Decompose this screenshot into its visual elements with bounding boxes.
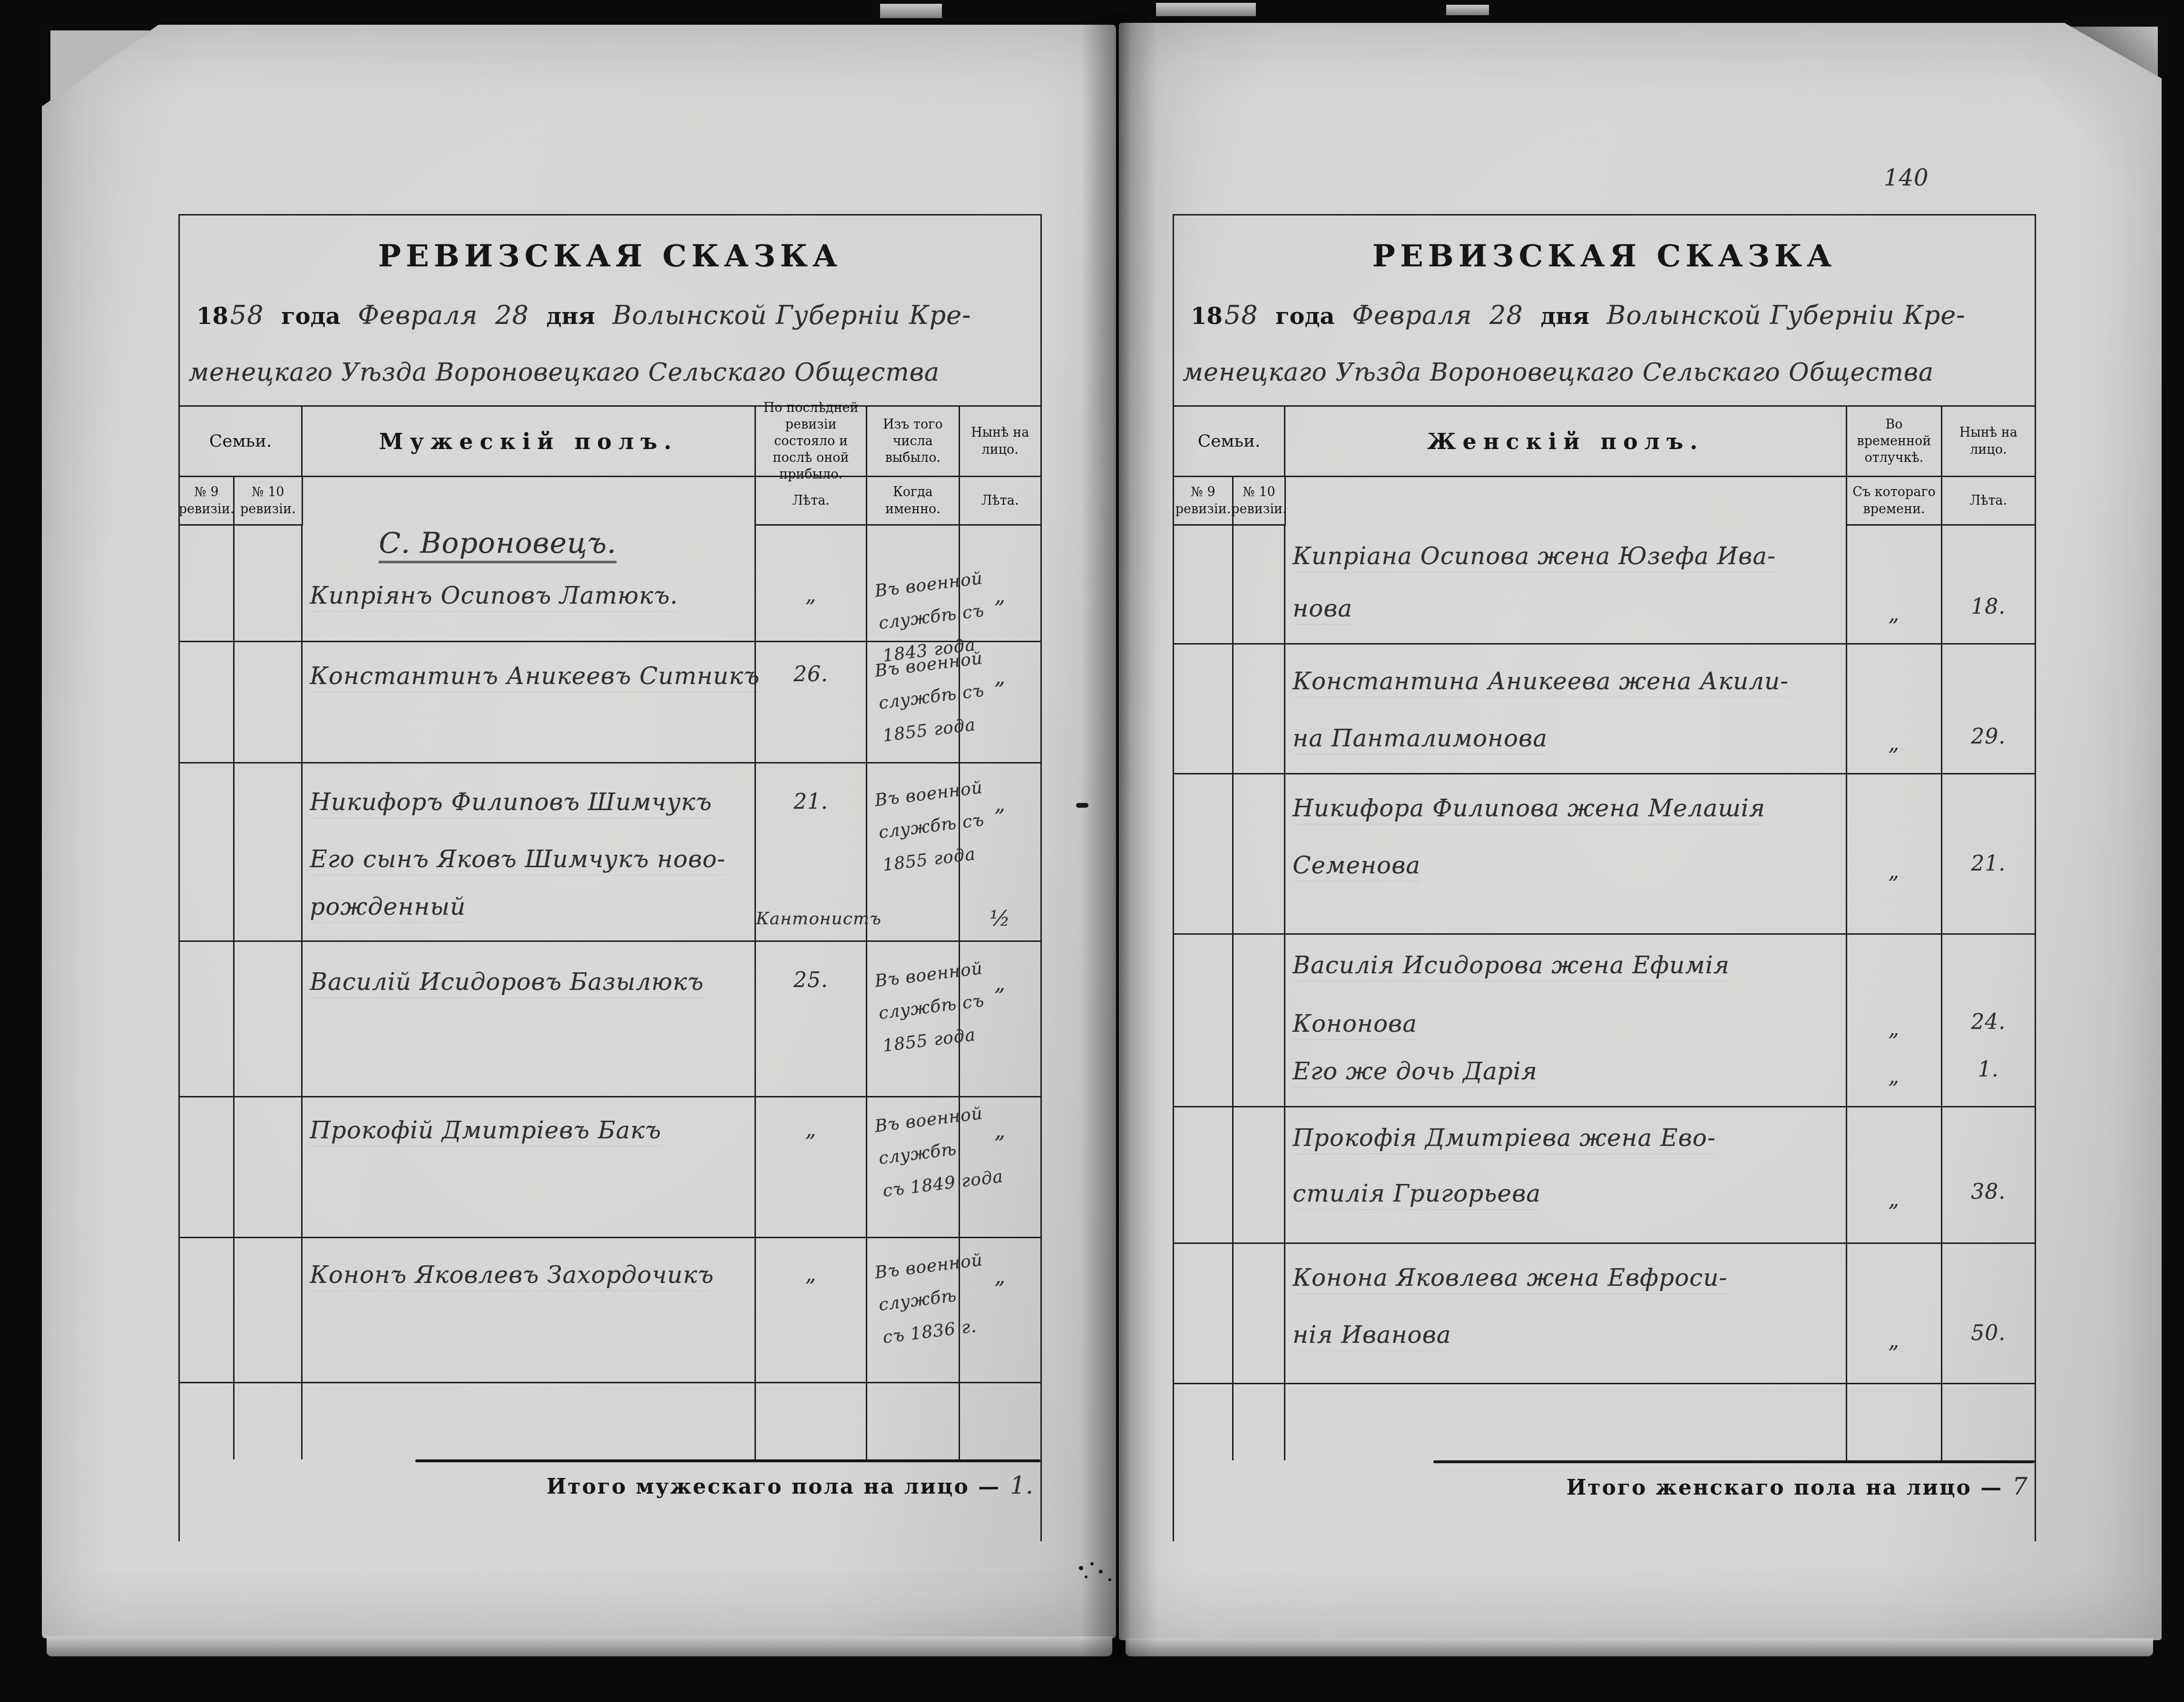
table-row: Константинъ Аникеевъ Ситникъ 26. Въ воен… xyxy=(180,642,1040,763)
female-name-cont: Кононова xyxy=(1293,1010,1417,1037)
cell-rev10 xyxy=(235,642,303,762)
cell-when-departed: Въ военнойслужбѣсъ 1836 г. xyxy=(867,1238,960,1382)
right-doc-title: РЕВИЗСКАЯ СКАЗКА xyxy=(1174,238,2035,274)
right-header-row: Семьи. Женскій полъ. Во временной отлучк… xyxy=(1174,407,2035,477)
cell-age-now: „ xyxy=(960,1238,1040,1382)
cell-age-now: „ xyxy=(960,526,1040,641)
ditto-daughter: „ xyxy=(1847,1064,1940,1088)
total-females-value: 7 xyxy=(2012,1473,2028,1500)
cell-rev9 xyxy=(1174,1244,1234,1383)
cell-rev9 xyxy=(180,1238,235,1382)
right-date-line: 1858 года Февраля 28 дня Волынской Губер… xyxy=(1191,300,1976,330)
right-subheader-row: № 9 ревизіи. № 10 ревизіи. Съ котораго в… xyxy=(1174,477,2035,526)
left-title-block: РЕВИЗСКАЯ СКАЗКА 1858 года Февраля 28 дн… xyxy=(180,215,1040,407)
cell-rev9 xyxy=(1174,1384,1234,1460)
cell-rev9 xyxy=(180,1097,235,1237)
cell-age-now: „ xyxy=(960,942,1040,1096)
header-now-present: Нынѣ на лицо. xyxy=(960,407,1040,476)
table-row: Конона Яковлева жена Евфроси- нія Иванов… xyxy=(1174,1244,2035,1384)
cell-name: Конона Яковлева жена Евфроси- нія Иванов… xyxy=(1285,1244,1847,1383)
year-printed: 18 xyxy=(1191,303,1223,330)
cell-when-departed: Въ военнойслужбѣ съ1843 года xyxy=(867,526,960,641)
table-row: С. Вороновецъ. Кипріянъ Осиповъ Латюкъ. … xyxy=(180,526,1040,642)
table-row: Константина Аникеева жена Акили- на Пант… xyxy=(1174,645,2035,774)
female-name-cont: стилія Григорьева xyxy=(1293,1180,1541,1207)
cell-age-last-revision: 21. Кантонистъ xyxy=(756,763,867,940)
table-row: Никифоръ Филиповъ Шимчукъ Его сынъ Яковъ… xyxy=(180,763,1040,942)
cell-rev9 xyxy=(180,942,235,1096)
month-handwritten: Февраля xyxy=(1352,300,1472,330)
cell-when-departed: Въ военнойслужбѣ съ1855 года xyxy=(867,763,960,940)
subheader-revision-10: № 10 ревизіи. xyxy=(235,477,303,526)
subheader-years-now: Лѣта. xyxy=(960,477,1040,526)
subheader-years-last: Лѣта. xyxy=(756,477,867,526)
day-word: дня xyxy=(1540,303,1589,330)
left-subheader-row: № 9 ревизіи. № 10 ревизіи. Лѣта. Когда и… xyxy=(180,477,1040,526)
cell-absence-since: „ xyxy=(1847,1107,1942,1242)
subheader-revision-10: № 10 ревизіи. xyxy=(1234,477,1286,526)
female-name: Прокофія Дмитріева жена Ево- xyxy=(1293,1124,1716,1152)
cell-age-now: 24. 1. xyxy=(1942,935,2035,1106)
header-female-sex: Женскій полъ. xyxy=(1285,407,1847,476)
table-row: Василій Исидоровъ Базылюкъ 25. Въ военно… xyxy=(180,942,1040,1097)
total-rule xyxy=(1433,1460,2035,1463)
cell-age-now: 29. xyxy=(1942,645,2035,773)
total-females-label: Итого женскаго пола на лицо — xyxy=(1567,1476,2003,1500)
right-total-text: Итого женскаго пола на лицо —7 xyxy=(1567,1473,2028,1500)
torn-edge-fragment xyxy=(1446,5,1489,15)
cell-rev9 xyxy=(180,642,235,762)
cell-absence-since: „ xyxy=(1847,526,1942,643)
cell-rev10 xyxy=(1234,1107,1286,1242)
cell-age-now: „ xyxy=(960,1097,1040,1237)
cell-age-last-revision: 25. xyxy=(756,942,867,1096)
daughter-name: Его же дочь Дарія xyxy=(1293,1057,1538,1085)
left-doc-title: РЕВИЗСКАЯ СКАЗКА xyxy=(180,238,1040,274)
cell-when-departed: Въ военнойслужбѣ съ1855 года xyxy=(867,642,960,762)
month-handwritten: Февраля xyxy=(358,300,478,330)
cell-rev10 xyxy=(235,1097,303,1237)
cell-rev10 xyxy=(235,1238,303,1382)
cell-rev10 xyxy=(1234,526,1286,643)
cell-rev10 xyxy=(1234,1244,1286,1383)
cell-when-departed: Въ военнойслужбѣсъ 1849 года xyxy=(867,1097,960,1237)
female-name: Конона Яковлева жена Евфроси- xyxy=(1293,1264,1727,1291)
subheader-when-exactly: Когда именно. xyxy=(867,477,960,526)
male-name: Прокофій Дмитріевъ Бакъ xyxy=(310,1116,661,1144)
cell-age-last-revision: „ xyxy=(756,1097,867,1237)
year-handwritten: 58 xyxy=(1224,300,1258,330)
cell-absence-since: „ xyxy=(1847,774,1942,933)
year-handwritten: 58 xyxy=(230,300,264,330)
cell-rev9 xyxy=(180,526,235,641)
subheader-revision-9: № 9 ревизіи. xyxy=(1174,477,1234,526)
cell-age-last-revision xyxy=(756,1383,867,1459)
subheader-since-when: Съ котораго времени. xyxy=(1847,477,1942,526)
male-name-son: Его сынъ Яковъ Шимчукъ ново- xyxy=(310,845,725,873)
cell-age-last-revision: 26. xyxy=(756,642,867,762)
cell-rev10 xyxy=(1234,935,1286,1106)
male-name: Кипріянъ Осиповъ Латюкъ. xyxy=(310,582,678,609)
subheader-revision-9: № 9 ревизіи. xyxy=(180,477,235,526)
status-kantonist: Кантонистъ xyxy=(756,909,866,929)
cell-age-now: 50. xyxy=(1942,1244,2035,1383)
male-name: Константинъ Аникеевъ Ситникъ xyxy=(310,662,760,690)
year-word: года xyxy=(281,303,341,330)
cell-name: Константинъ Аникеевъ Ситникъ xyxy=(303,642,756,762)
torn-edge-fragment xyxy=(880,4,942,18)
page-bottom-edges xyxy=(47,1636,1112,1656)
male-name: Кононъ Яковлевъ Захордочикъ xyxy=(310,1261,714,1289)
fold-corner-top-right xyxy=(2001,27,2158,231)
cell-name: Никифора Филипова жена Мелашія Семенова xyxy=(1285,774,1847,933)
header-families: Семьи. xyxy=(180,407,303,476)
female-name-cont: на Панталимонова xyxy=(1293,724,1547,752)
book-spine-shadow xyxy=(1081,14,1157,1665)
cell-rev9 xyxy=(1174,1107,1234,1242)
left-table-frame: РЕВИЗСКАЯ СКАЗКА 1858 года Февраля 28 дн… xyxy=(178,214,1042,1541)
cell-rev9 xyxy=(1174,935,1234,1106)
header-now-present: Нынѣ на лицо. xyxy=(1942,407,2035,476)
cell-absence-since: „ „ xyxy=(1847,935,1942,1106)
right-total-row: Итого женскаго пола на лицо —7 xyxy=(1174,1460,2035,1532)
region-handwritten: Волынской Губерніи Кре- xyxy=(1607,300,1966,330)
table-row: Василія Исидорова жена Ефимія Кононова Е… xyxy=(1174,935,2035,1107)
female-name: Кипріана Осипова жена Юзефа Ива- xyxy=(1293,542,1776,570)
female-name-cont: нія Иванова xyxy=(1293,1321,1451,1349)
header-temporary-absence: Во временной отлучкѣ. xyxy=(1847,407,1942,476)
day-handwritten: 28 xyxy=(1489,300,1523,330)
cell-name xyxy=(1285,1384,1847,1460)
subheader-years: Лѣта. xyxy=(1942,477,2035,526)
header-last-revision: По послѣдней ревизіи состояло и послѣ он… xyxy=(756,407,867,476)
region-handwritten: Волынской Губерніи Кре- xyxy=(613,300,971,330)
cell-rev10 xyxy=(1234,1384,1286,1460)
cell-name: Никифоръ Филиповъ Шимчукъ Его сынъ Яковъ… xyxy=(303,763,756,940)
left-total-text: Итого мужескаго пола на лицо —1. xyxy=(547,1472,1034,1499)
header-families: Семьи. xyxy=(1174,407,1285,476)
male-name-son-cont: рожденный xyxy=(310,893,466,920)
cell-name: С. Вороновецъ. Кипріянъ Осиповъ Латюкъ. xyxy=(303,526,756,641)
table-row: Никифора Филипова жена Мелашія Семенова … xyxy=(1174,774,2035,935)
cell-name: Прокофія Дмитріева жена Ево- стилія Григ… xyxy=(1285,1107,1847,1242)
right-title-block: РЕВИЗСКАЯ СКАЗКА 1858 года Февраля 28 дн… xyxy=(1174,215,2035,407)
table-row: Прокофій Дмитріевъ Бакъ „ Въ военнойслуж… xyxy=(180,1097,1040,1238)
page-bottom-edges xyxy=(1126,1638,2153,1656)
left-header-row: Семьи. Мужескій полъ. По послѣдней ревиз… xyxy=(180,407,1040,477)
cell-rev9 xyxy=(180,1383,235,1459)
table-row: Кипріана Осипова жена Юзефа Ива- нова „ … xyxy=(1174,526,2035,645)
male-name: Василій Исидоровъ Базылюкъ xyxy=(310,968,704,996)
female-name: Никифора Филипова жена Мелашія xyxy=(1293,794,1765,822)
left-date-line: 1858 года Февраля 28 дня Волынской Губер… xyxy=(196,300,982,330)
fold-corner-top-left xyxy=(50,30,150,102)
right-table-frame: РЕВИЗСКАЯ СКАЗКА 1858 года Февраля 28 дн… xyxy=(1173,214,2036,1541)
cell-age-now: „ xyxy=(960,642,1040,762)
cell-when-departed: Въ военнойслужбѣ съ1855 года xyxy=(867,942,960,1096)
year-printed: 18 xyxy=(196,303,228,330)
left-page: РЕВИЗСКАЯ СКАЗКА 1858 года Февраля 28 дн… xyxy=(42,25,1116,1638)
male-name: Никифоръ Филиповъ Шимчукъ xyxy=(310,788,712,816)
cell-absence-since: „ xyxy=(1847,645,1942,773)
header-male-sex: Мужескій полъ. xyxy=(303,407,756,476)
page-number: 140 xyxy=(1884,165,1929,191)
female-name-cont: нова xyxy=(1293,595,1352,622)
day-handwritten: 28 xyxy=(495,300,529,330)
table-row: Кононъ Яковлевъ Захордочикъ „ Въ военной… xyxy=(180,1238,1040,1383)
total-rule xyxy=(415,1459,1040,1462)
cell-age-last-revision: „ xyxy=(756,1238,867,1382)
cell-age-now xyxy=(1942,1384,2035,1460)
cell-when-departed xyxy=(867,1383,960,1459)
cell-name: Василій Исидоровъ Базылюкъ xyxy=(303,942,756,1096)
daughter-age: 1. xyxy=(1942,1057,2035,1082)
cell-rev10 xyxy=(235,942,303,1096)
header-departed: Изъ того числа выбыло. xyxy=(867,407,960,476)
cell-age-now: 21. xyxy=(1942,774,2035,933)
subheader-names-spacer xyxy=(303,477,756,526)
left-place-line: менецкаго Уѣзда Вороновецкаго Сельскаго … xyxy=(188,358,940,387)
left-total-row: Итого мужескаго пола на лицо —1. xyxy=(180,1459,1040,1531)
cell-name: Прокофій Дмитріевъ Бакъ xyxy=(303,1097,756,1237)
cell-name: Василія Исидорова жена Ефимія Кононова Е… xyxy=(1285,935,1847,1106)
cell-name: Константина Аникеева жена Акили- на Пант… xyxy=(1285,645,1847,773)
cell-name xyxy=(303,1383,756,1459)
empty-row xyxy=(180,1383,1040,1459)
cell-rev10 xyxy=(1234,774,1286,933)
age-half-year: ½ xyxy=(960,907,1040,931)
cell-age-now: „ ½ xyxy=(960,763,1040,940)
cell-rev10 xyxy=(1234,645,1286,773)
year-word: года xyxy=(1275,303,1335,330)
right-page: 140 РЕВИЗСКАЯ СКАЗКА 1858 года Февраля 2… xyxy=(1119,23,2162,1640)
female-name: Константина Аникеева жена Акили- xyxy=(1293,667,1789,695)
female-name-cont: Семенова xyxy=(1293,851,1420,879)
cell-name: Кононъ Яковлевъ Захордочикъ xyxy=(303,1238,756,1382)
cell-absence-since xyxy=(1847,1384,1942,1460)
right-place-line: менецкаго Уѣзда Вороновецкаго Сельскаго … xyxy=(1183,358,1934,387)
scanned-revision-list-spread: { "page_number": "140", "left_page": { "… xyxy=(0,0,2184,1702)
total-males-label: Итого мужескаго пола на лицо — xyxy=(547,1475,1001,1499)
female-name: Василія Исидорова жена Ефимія xyxy=(1293,951,1730,979)
cell-rev9 xyxy=(1174,645,1234,773)
cell-rev10 xyxy=(235,1383,303,1459)
cell-age-last-revision: „ xyxy=(756,526,867,641)
cell-age-now xyxy=(960,1383,1040,1459)
table-row: Прокофія Дмитріева жена Ево- стилія Григ… xyxy=(1174,1107,2035,1244)
total-males-value: 1. xyxy=(1010,1472,1034,1499)
cell-rev10 xyxy=(235,526,303,641)
cell-age-now: 18. xyxy=(1942,526,2035,643)
cell-rev9 xyxy=(180,763,235,940)
day-word: дня xyxy=(546,303,595,330)
cell-absence-since: „ xyxy=(1847,1244,1942,1383)
torn-edge-fragment xyxy=(1156,3,1256,16)
empty-row xyxy=(1174,1384,2035,1460)
cell-rev9 xyxy=(1174,526,1234,643)
village-section-heading: С. Вороновецъ. xyxy=(379,527,617,560)
cell-age-now: 38. xyxy=(1942,1107,2035,1242)
cell-rev10 xyxy=(235,763,303,940)
cell-name: Кипріана Осипова жена Юзефа Ива- нова xyxy=(1285,526,1847,643)
subheader-names-spacer xyxy=(1286,477,1847,526)
cell-rev9 xyxy=(1174,774,1234,933)
